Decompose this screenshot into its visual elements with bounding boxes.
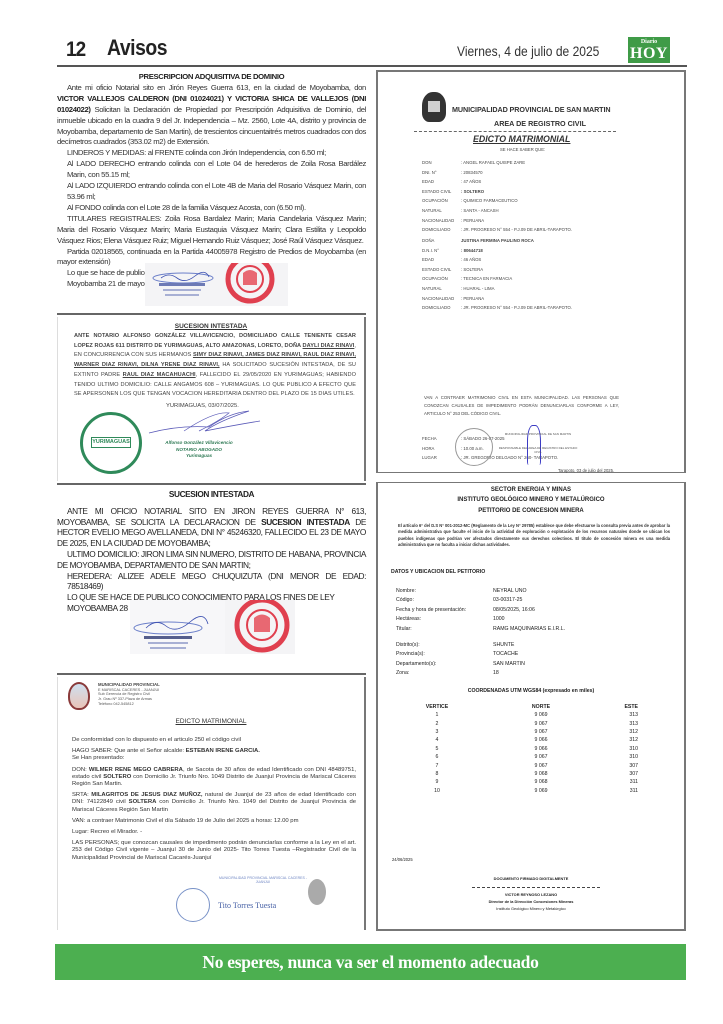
field-value: : JR. PROGRESO N° 554 - P.J.09 DE ABRIL-… [461,305,572,310]
table-row: 99 068311 [378,778,638,786]
stamp-text: MUNICIPALIDAD PROVINCIAL DE SAN MARTIN [498,432,578,436]
table-row: 109 069311 [378,787,638,795]
field-label: OCUPACIÓN [422,276,461,281]
impediment-notice: VAN A CONTRAER MATRIMONIO CIVIL EN ESTA … [424,394,619,418]
field-value: 18 [493,670,499,676]
field-row: EDAD: 47 AÑOS [422,179,481,184]
signature-icon [144,409,264,439]
section-title: Avisos [107,35,167,61]
field-label: EDAD [422,179,461,184]
notice-sucesion-yurimaguas: SUCESION INTESTADA ANTE NOTARIO ALFONSO … [57,317,366,481]
table-cell: 9 069 [496,787,586,795]
boundary-line: Al FONDO colinda con el Lote 28 de la fa… [57,203,366,214]
bride-name: MILAGRITOS DE JESUS DIAZ MUÑOZ, [91,792,202,798]
table-cell: 9 067 [496,753,586,761]
notice-body: De conformidad con lo dispuesto en el ar… [72,737,356,866]
field-label: ESTADO CIVIL [422,267,461,272]
municipality-crest-icon [422,92,446,122]
table-cell: 9 068 [496,778,586,786]
notary-signature-block: Alfonso González Villavicencio NOTARIO A… [154,440,244,460]
municipal-seal-icon [176,888,210,922]
table-cell: 9 066 [496,745,586,753]
text-run: Solicitan la Declaración de Propiedad po… [57,105,366,147]
legal-intro: El artículo 6° del D.S N° 001-2012-MC (R… [398,523,670,549]
field-label: NATURAL [422,286,461,291]
table-row: 89 068307 [378,770,638,778]
heir: HEREDERA: ALIZEE ADELE MEGO CHUQUIZUTA (… [57,571,366,593]
notice-petitorio-minero: SECTOR ENERGIA Y MINAS INSTITUTO GEOLÓGI… [376,482,686,931]
field-value: : PERUANA [461,296,484,301]
last-address: ULTIMO DOMICILIO: JIRON LIMA SIN NUMERO,… [57,549,366,571]
field-label: OCUPACIÓN [422,198,461,203]
field-label: Nombre: [396,588,493,594]
civil-status: SOLTERA [129,799,157,805]
section-divider [57,483,366,485]
groom-details: DON: WILMER RENE MEGO CABRERA, de Sacota… [72,767,356,789]
field-value: SHUNTE [493,642,514,648]
table-row: 49 066312 [378,736,638,744]
table-cell: 9 068 [496,770,586,778]
field-label: ESTADO CIVIL [422,189,461,194]
table-cell: 311 [586,778,638,786]
registrar-stamp: MUNICIPALIDAD PROVINCIAL DE SAN MARTIN R… [498,432,578,454]
area-name: AREA DE REGISTRO CIVIL [494,119,586,128]
field-label: D.N.I. N° [422,248,461,253]
municipality-header: MUNICIPALIDAD PROVINCIAL E MARISCAL CACE… [98,683,160,707]
field-row: Provincia(s):TOCACHE [396,651,518,657]
field-row: EDAD: 46 AÑOS [422,257,481,262]
notary-city: Yurimaguas [154,453,244,460]
section-divider [57,313,366,315]
field-row: Fecha y hora de presentación:08/05/2025,… [396,607,535,613]
table-cell: 313 [586,719,638,727]
field-value: : 46 AÑOS [461,257,481,262]
mayor-name: ESTEBAN IRENE GARCIA. [186,748,260,754]
municipality-name: MUNICIPALIDAD PROVINCIAL DE SAN MARTIN [452,105,610,114]
field-row: DNI. N°: 20834570 [422,170,483,175]
field-row: NATURAL: SANTA - ANCASH [422,208,499,213]
newspaper-logo: Diario HOY [628,37,670,63]
notice-body: ANTE NOTARIO ALFONSO GONZÁLEZ VILLAVICEN… [58,330,364,400]
field-label: Titular: [396,626,493,632]
field-row: NACIONALIDAD: PERUANA [422,296,484,301]
signer-role: RESPONSABLE DEL AREA DE REGISTRO DEL EST… [498,446,578,454]
fingerprint-icon [308,879,326,905]
table-cell: 9 067 [496,728,586,736]
boundary-line: Al LADO DERECHO entrando colinda con el … [57,159,366,181]
table-row: 19 069313 [378,711,638,719]
field-row: DOMICILIADO: JR. PROGRESO N° 554 - P.J.0… [422,227,572,232]
field-value: : SANTA - ANCASH [461,208,499,213]
table-cell: 310 [586,753,638,761]
footer-banner: No esperes, nunca va ser el momento adec… [55,944,686,980]
field-label: Departamento(s): [396,661,493,667]
table-cell: 9 [378,778,496,786]
municipal-seal-icon [455,428,493,466]
wedding-place: Lugar: Recreo el Mirador. - [72,829,356,836]
groom-name: WILMER RENE MEGO CABRERA [89,767,183,773]
field-label: DNI. N° [422,170,461,175]
applicant-name: DAYLI DIAZ RINAVI [303,343,355,349]
field-row: Zona:18 [396,670,499,676]
table-cell: 311 [586,787,638,795]
table-cell: 313 [586,711,638,719]
field-value: : 80644718 [461,248,483,253]
muni-name: MUNICIPALIDAD PROVINCIAL [98,683,160,688]
table-row: 79 067307 [378,761,638,769]
field-value: SAN MARTIN [493,661,525,667]
table-row: 59 066310 [378,745,638,753]
table-cell: 9 069 [496,711,586,719]
table-cell: 310 [586,745,638,753]
field-value: RAMG MAQUINARIAS E.I.R.L. [493,626,565,632]
field-value: : ANGEL RAFAEL QUISPE ZARE [461,160,525,165]
field-row: DOÑAJUSTINA FERMINA PAULINO ROCA [422,238,534,243]
deceased-name: RAUL DIAZ MACAHUACHI [123,372,196,378]
field-value: : 20834570 [461,170,483,175]
notice-sector: SECTOR ENERGIA Y MINAS [378,487,684,493]
document-date: 24/06/2025 [392,858,413,863]
field-value: : QUIMICO FARMACEUTICO [461,198,518,203]
notice-edicto-juanjui: MUNICIPALIDAD PROVINCIAL E MARISCAL CACE… [57,677,366,930]
field-value: 1000 [493,616,505,622]
notary-name: Alfonso González Villavicencio [154,440,244,447]
field-label: NATURAL [422,208,461,213]
notice-subtitle: SE HACE SABER QUE: [500,147,545,152]
page-header: 12 Avisos Viernes, 4 de julio de 2025 Di… [57,34,687,64]
field-row: OCUPACIÓN: QUIMICO FARMACEUTICO [422,198,518,203]
signer-role: Director de la Dirección Concesiones Min… [378,899,684,904]
table-cell: 2 [378,719,496,727]
table-cell: 8 [378,770,496,778]
field-label: DOMICILIADO [422,305,461,310]
field-label: LUGAR [422,455,461,460]
field-value: : 47 AÑOS [461,179,481,184]
table-cell: 7 [378,761,496,769]
notice-title: EDICTO MATRIMONIAL [473,134,570,144]
text-run: Se Han presentado: [72,755,124,761]
field-value: : SOLTERA [461,267,483,272]
table-cell: 307 [586,770,638,778]
field-label: NACIONALIDAD [422,296,461,301]
boundary-line: Al LADO IZQUIERDO entrando colinda con e… [57,181,366,203]
signer-name: VICTOR REYNOSO LEZANO [378,892,684,897]
table-cell: 10 [378,787,496,795]
table-cell: 4 [378,736,496,744]
section-heading: DATOS Y UBICACION DEL PETITORIO [391,569,485,575]
text-run: DON: [72,767,89,773]
signature-and-seal-icon [145,263,288,306]
table-cell: 307 [586,761,638,769]
text-run: SRTA: [72,792,91,798]
table-cell: 5 [378,745,496,753]
registered-owners: TITULARES REGISTRALES: Zoila Rosa Bardal… [57,214,366,247]
column-header: ESTE [586,702,638,711]
table-cell: 3 [378,728,496,736]
place-date: Tarapoto, 03 de julio del 2025. [558,468,614,473]
boundary-line: LINDEROS Y MEDIDAS: al FRENTE colinda co… [57,148,366,159]
field-value: 03-00317-25 [493,597,522,603]
field-row: Distrito(s):SHUNTE [396,642,514,648]
bride-details: SRTA: MILAGRITOS DE JESUS DIAZ MUÑOZ, na… [72,792,356,814]
field-row: Nombre:NEYRAL UNO [396,588,527,594]
utm-coordinates-table: VERTICE NORTE ESTE 19 06931329 06731339 … [378,702,638,795]
text-run: Ante mi oficio Notarial sito en Jirón Re… [67,83,366,92]
page-number: 12 [66,38,85,62]
municipality-crest-icon [68,682,90,710]
field-row: ESTADO CIVIL: SOLTERO [422,189,484,194]
announcement: HAGO SABER: Que ante el Señor alcalde: E… [72,748,356,762]
header-divider [57,65,687,67]
field-row: Hectáreas:1000 [396,616,505,622]
field-value: NEYRAL UNO [493,588,527,594]
field-value: JUSTINA FERMINA PAULINO ROCA [461,238,534,243]
civil-status: SOLTERO [103,774,131,780]
muni-line: Teléfono 042-545812 [98,702,160,707]
column-header: VERTICE [378,702,496,711]
table-cell: 312 [586,736,638,744]
field-label: Código: [396,597,493,603]
table-cell: 9 067 [496,719,586,727]
field-value: : PERUANA [461,218,484,223]
notice-title: PRESCRIPCION ADQUISITIVA DE DOMINIO [57,72,366,83]
table-header-row: VERTICE NORTE ESTE [378,702,638,711]
notice-sucesion-moyobamba: SUCESION INTESTADA ANTE MI OFICIO NOTARI… [57,489,366,614]
notice-title: PETITORIO DE CONCESION MINERA [378,508,684,514]
field-row: ESTADO CIVIL: SOLTERA [422,267,483,272]
field-label: DOMICILIADO [422,227,461,232]
digital-signature-label: DOCUMENTO FIRMADO DIGITALMENTE [378,876,684,881]
notice-prescripcion: PRESCRIPCION ADQUISITIVA DE DOMINIO Ante… [57,72,366,290]
table-row: 69 067310 [378,753,638,761]
table-row: 39 067312 [378,728,638,736]
section-divider [57,673,366,675]
registrar-signature: Tito Torres Tuesta [218,901,276,910]
field-label: Zona: [396,670,493,676]
logo-main-text: HOY [628,46,670,61]
notice-edicto-tarapoto: MUNICIPALIDAD PROVINCIAL DE SAN MARTIN A… [376,70,686,473]
field-value: : HUARAL - LIMA [461,286,495,291]
field-label: Provincia(s): [396,651,493,657]
field-row: NACIONALIDAD: PERUANA [422,218,484,223]
seal-city: YURIMAGUAS [91,437,131,448]
field-row: Departamento(s):SAN MARTIN [396,661,525,667]
field-value: 08/05/2025, 16:06 [493,607,535,613]
text-run: HAGO SABER: Que ante el Señor alcalde: [72,748,186,754]
utm-table-title: COORDENADAS UTM WGS84 (expresado en mile… [378,688,684,694]
notice-title: SUCESION INTESTADA [58,323,364,330]
table-cell: 9 067 [496,761,586,769]
field-row: DOMICILIADO: JR. PROGRESO N° 554 - P.J.0… [422,305,572,310]
table-cell: 1 [378,711,496,719]
text-run-bold: SUCESION INTESTADA [261,517,350,527]
table-row: 29 067313 [378,719,638,727]
field-label: Hectáreas: [396,616,493,622]
field-row: Código:03-00317-25 [396,597,522,603]
notice-title: EDICTO MATRIMONIAL [58,718,364,725]
field-label: EDAD [422,257,461,262]
field-value: TOCACHE [493,651,518,657]
field-label: Distrito(s): [396,642,493,648]
field-value: : JR. PROGRESO N° 554 - P.J.09 DE ABRIL-… [461,227,572,232]
signature-line [472,887,600,888]
field-row: D.N.I. N°: 80644718 [422,248,483,253]
wedding-date: VAN: a contraer Matrimonio Civil el día … [72,818,356,825]
notice-paragraph: ANTE MI OFICIO NOTARIAL SITO EN JIRON RE… [57,506,366,549]
field-row: NATURAL: HUARAL - LIMA [422,286,495,291]
signer-organization: Instituto Geológico Minero y Metalúrgico [378,906,684,911]
field-label: DON [422,160,461,165]
field-label: NACIONALIDAD [422,218,461,223]
field-row: Titular:RAMG MAQUINARIAS E.I.R.L. [396,626,565,632]
impediment-notice: LAS PERSONAS; que conozcan causales de i… [72,840,356,862]
column-header: NORTE [496,702,586,711]
table-cell: 6 [378,753,496,761]
notice-title: SUCESION INTESTADA [57,489,366,500]
field-row: DON: ANGEL RAFAEL QUISPE ZARE [422,160,525,165]
notice-paragraph: Ante mi oficio Notarial sito en Jirón Re… [57,83,366,148]
dashed-divider [414,131,616,132]
table-cell: 9 066 [496,736,586,744]
notary-stamp-image [130,600,295,654]
issue-date: Viernes, 4 de julio de 2025 [457,43,599,59]
notice-institute: INSTITUTO GEOLÓGICO MINERO Y METALÚRGICO [378,497,684,503]
field-value: : TECNICA EN FARMACIA [461,276,512,281]
legal-basis: De conformidad con lo dispuesto en el ar… [72,737,356,744]
signature-and-seal-icon [130,600,295,654]
field-label: Fecha y hora de presentación: [396,607,493,613]
field-label: DOÑA [422,238,461,243]
field-value: : SOLTERO [461,189,484,194]
field-row: OCUPACIÓN: TECNICA EN FARMACIA [422,276,512,281]
notary-seal-icon: YURIMAGUAS [80,412,142,474]
notary-stamp-image [145,263,288,306]
table-cell: 312 [586,728,638,736]
registrar-stamp: MUNICIPALIDAD PROVINCIAL MARISCAL CACERE… [218,876,308,884]
